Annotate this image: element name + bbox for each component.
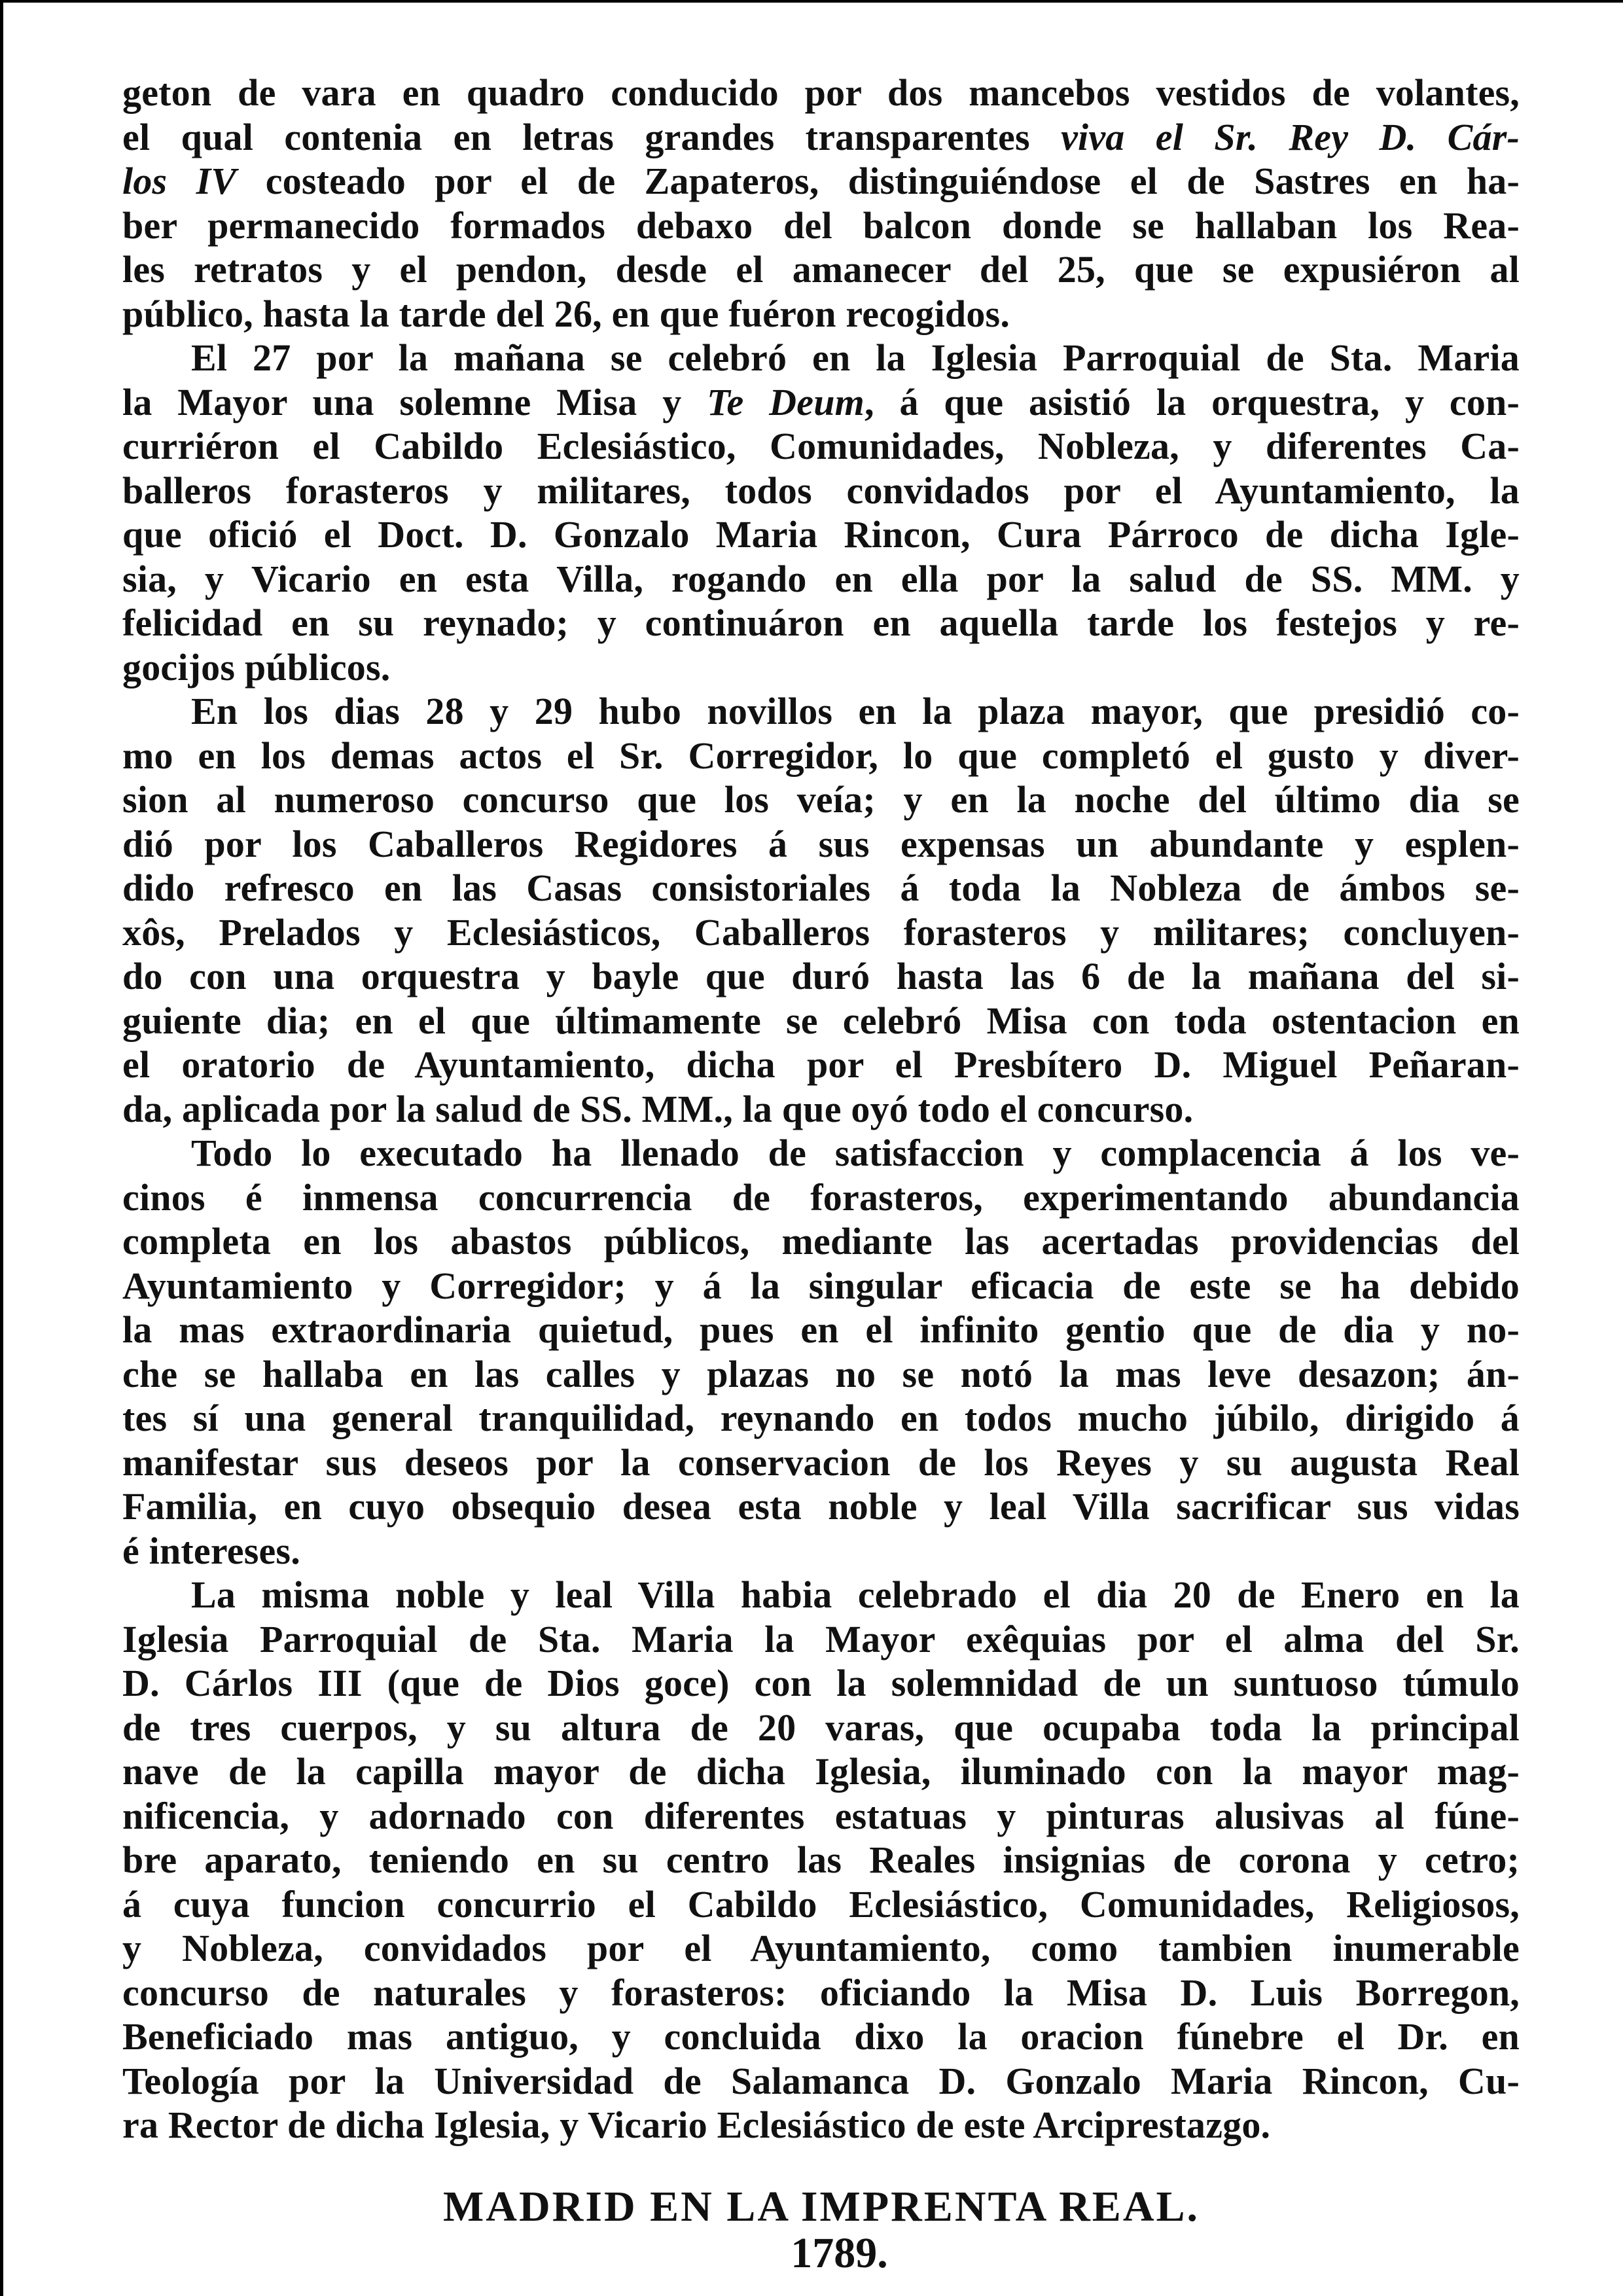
text-line: ber permanecido formados debaxo del balc… xyxy=(122,204,1520,248)
text-line: bre aparato, teniendo en su centro las R… xyxy=(122,1838,1520,1882)
text-line: felicidad en su reynado; y continuáron e… xyxy=(122,601,1520,645)
text-line: dió por los Caballeros Regidores á sus e… xyxy=(122,822,1520,867)
text-line: y Nobleza, convidados por el Ayuntamient… xyxy=(122,1926,1520,1971)
text-line: concurso de naturales y forasteros: ofic… xyxy=(122,1971,1520,2015)
paragraph-1: geton de vara en quadro conducido por do… xyxy=(122,71,1520,336)
text-line: Todo lo executado ha llenado de satisfac… xyxy=(122,1131,1520,1175)
text-line: xôs, Prelados y Eclesiásticos, Caballero… xyxy=(122,910,1520,955)
text-line: Iglesia Parroquial de Sta. Maria la Mayo… xyxy=(122,1617,1520,1662)
text-line: el oratorio de Ayuntamiento, dicha por e… xyxy=(122,1043,1520,1087)
text-line: do con una orquestra y bayle que duró ha… xyxy=(122,954,1520,999)
text-line: la mas extraordinaria quietud, pues en e… xyxy=(122,1308,1520,1352)
paragraph-3: En los dias 28 y 29 hubo novillos en la … xyxy=(122,689,1520,1131)
text-line: les retratos y el pendon, desde el amane… xyxy=(122,247,1520,292)
document-body: geton de vara en quadro conducido por do… xyxy=(122,71,1520,2147)
text-line: público, hasta la tarde del 26, en que f… xyxy=(122,292,1520,336)
text-line: Ayuntamiento y Corregidor; y á la singul… xyxy=(122,1264,1520,1308)
page-border-top xyxy=(0,0,1623,3)
italic-text: los IV xyxy=(122,160,236,202)
paragraph-4: Todo lo executado ha llenado de satisfac… xyxy=(122,1131,1520,1573)
printer-imprint: MADRID EN LA IMPRENTA REAL. xyxy=(0,2183,1623,2231)
text-line: manifestar sus deseos por la conservacio… xyxy=(122,1441,1520,1485)
text-line: La misma noble y leal Villa habia celebr… xyxy=(122,1573,1520,1617)
text-line: geton de vara en quadro conducido por do… xyxy=(122,71,1520,115)
text-line: D. Cárlos III (que de Dios goce) con la … xyxy=(122,1661,1520,1706)
text-line: gocijos públicos. xyxy=(122,645,1520,690)
italic-text: viva el Sr. Rey D. Cár- xyxy=(1061,116,1520,158)
text-line: la Mayor una solemne Misa y Te Deum, á q… xyxy=(122,380,1520,425)
paragraph-5: La misma noble y leal Villa habia celebr… xyxy=(122,1573,1520,2147)
text-line: los IV costeado por el de Zapateros, dis… xyxy=(122,159,1520,204)
text-line: sion al numeroso concurso que los veía; … xyxy=(122,778,1520,822)
text-line: che se hallaba en las calles y plazas no… xyxy=(122,1352,1520,1397)
text-line: á cuya funcion concurrio el Cabildo Ecle… xyxy=(122,1882,1520,1927)
text-line: el qual contenia en letras grandes trans… xyxy=(122,115,1520,160)
text-line: guiente dia; en el que últimamente se ce… xyxy=(122,999,1520,1043)
text-line: Beneficiado mas antiguo, y concluida dix… xyxy=(122,2015,1520,2059)
text-line: Teología por la Universidad de Salamanca… xyxy=(122,2059,1520,2104)
italic-text: Te Deum xyxy=(707,381,865,423)
text-line: cinos é inmensa concurrencia de foraster… xyxy=(122,1175,1520,1220)
text-line: mo en los demas actos el Sr. Corregidor,… xyxy=(122,734,1520,778)
text-line: En los dias 28 y 29 hubo novillos en la … xyxy=(122,689,1520,734)
text-line: é intereses. xyxy=(122,1529,1520,1573)
text-line: nificencia, y adornado con diferentes es… xyxy=(122,1794,1520,1839)
paragraph-2: El 27 por la mañana se celebró en la Igl… xyxy=(122,336,1520,689)
text-line: completa en los abastos públicos, median… xyxy=(122,1219,1520,1264)
text-line: nave de la capilla mayor de dicha Iglesi… xyxy=(122,1749,1520,1794)
text-line: de tres cuerpos, y su altura de 20 varas… xyxy=(122,1706,1520,1750)
text-line: dido refresco en las Casas consistoriale… xyxy=(122,866,1520,910)
text-line: curriéron el Cabildo Eclesiástico, Comun… xyxy=(122,424,1520,469)
text-line: Familia, en cuyo obsequio desea esta nob… xyxy=(122,1484,1520,1529)
text-line: El 27 por la mañana se celebró en la Igl… xyxy=(122,336,1520,380)
text-line: que ofició el Doct. D. Gonzalo Maria Rin… xyxy=(122,512,1520,557)
page-border-left xyxy=(0,0,3,2296)
text-line: balleros forasteros y militares, todos c… xyxy=(122,469,1520,513)
text-line: tes sí una general tranquilidad, reynand… xyxy=(122,1396,1520,1441)
text-line: da, aplicada por la salud de SS. MM., la… xyxy=(122,1087,1520,1132)
publication-year: 1789. xyxy=(0,2232,1623,2275)
text-line: sia, y Vicario en esta Villa, rogando en… xyxy=(122,557,1520,601)
text-line: ra Rector de dicha Iglesia, y Vicario Ec… xyxy=(122,2103,1520,2147)
